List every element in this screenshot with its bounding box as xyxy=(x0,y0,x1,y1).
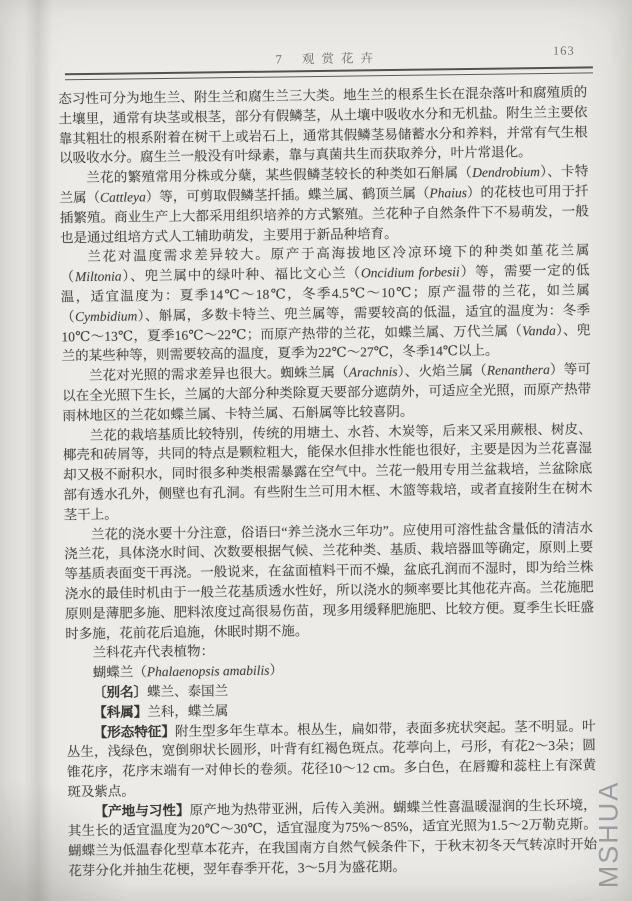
paragraph: 【形态特征】附生型多年生草本。根丛生，扁如带，表面多疣状突起。茎不明显。叶丛生，… xyxy=(66,716,596,802)
scanned-book-page: 7 观赏花卉 163 态习性可分为地生兰、附生兰和腐生兰三大类。地生兰的根系生长… xyxy=(0,0,632,901)
watermark: MSHUA xyxy=(594,775,621,895)
paragraph: 兰花对温度需求差异较大。原产于高海拔地区冷凉环境下的种类如堇花兰属（Milton… xyxy=(60,241,591,367)
paragraph: 兰花的繁殖常用分株或分蘖，某些假鳞茎较长的种类如石斛属（Dendrobium）、… xyxy=(59,162,589,248)
paragraph: 【产地与习性】原产地为热带亚洲，后传入美洲。蝴蝶兰性喜温暖湿润的生长环境，其生长… xyxy=(67,795,597,881)
header-rule xyxy=(65,66,593,80)
running-head: 7 观赏花卉 xyxy=(275,51,380,66)
body-text: 态习性可分为地生兰、附生兰和腐生兰三大类。地生兰的根系生长在混杂落叶和腐殖质的土… xyxy=(58,82,597,881)
paragraph: 兰花对光照的需求差异也很大。蜘蛛兰属（Arachnis）、火焰兰属（Renant… xyxy=(62,360,592,426)
paragraph: 兰花的浇水要十分注意，俗语曰“养兰浇水三年功”。应使用可溶性盐含量低的清洁水浇兰… xyxy=(64,518,595,644)
page-number: 163 xyxy=(553,44,575,59)
page-header: 7 观赏花卉 163 xyxy=(67,45,589,68)
page-content: 7 观赏花卉 163 态习性可分为地生兰、附生兰和腐生兰三大类。地生兰的根系生长… xyxy=(0,0,632,4)
paragraph: 态习性可分为地生兰、附生兰和腐生兰三大类。地生兰的根系生长在混杂落叶和腐殖质的土… xyxy=(58,82,588,168)
scan-gutter-shadow xyxy=(24,0,52,901)
paragraph: 兰花的栽培基质比较特别，传统的用塘土、水苔、木炭等，后来又采用蕨根、树皮、椰壳和… xyxy=(63,419,593,525)
watermark-text: MSHUA xyxy=(594,781,624,889)
